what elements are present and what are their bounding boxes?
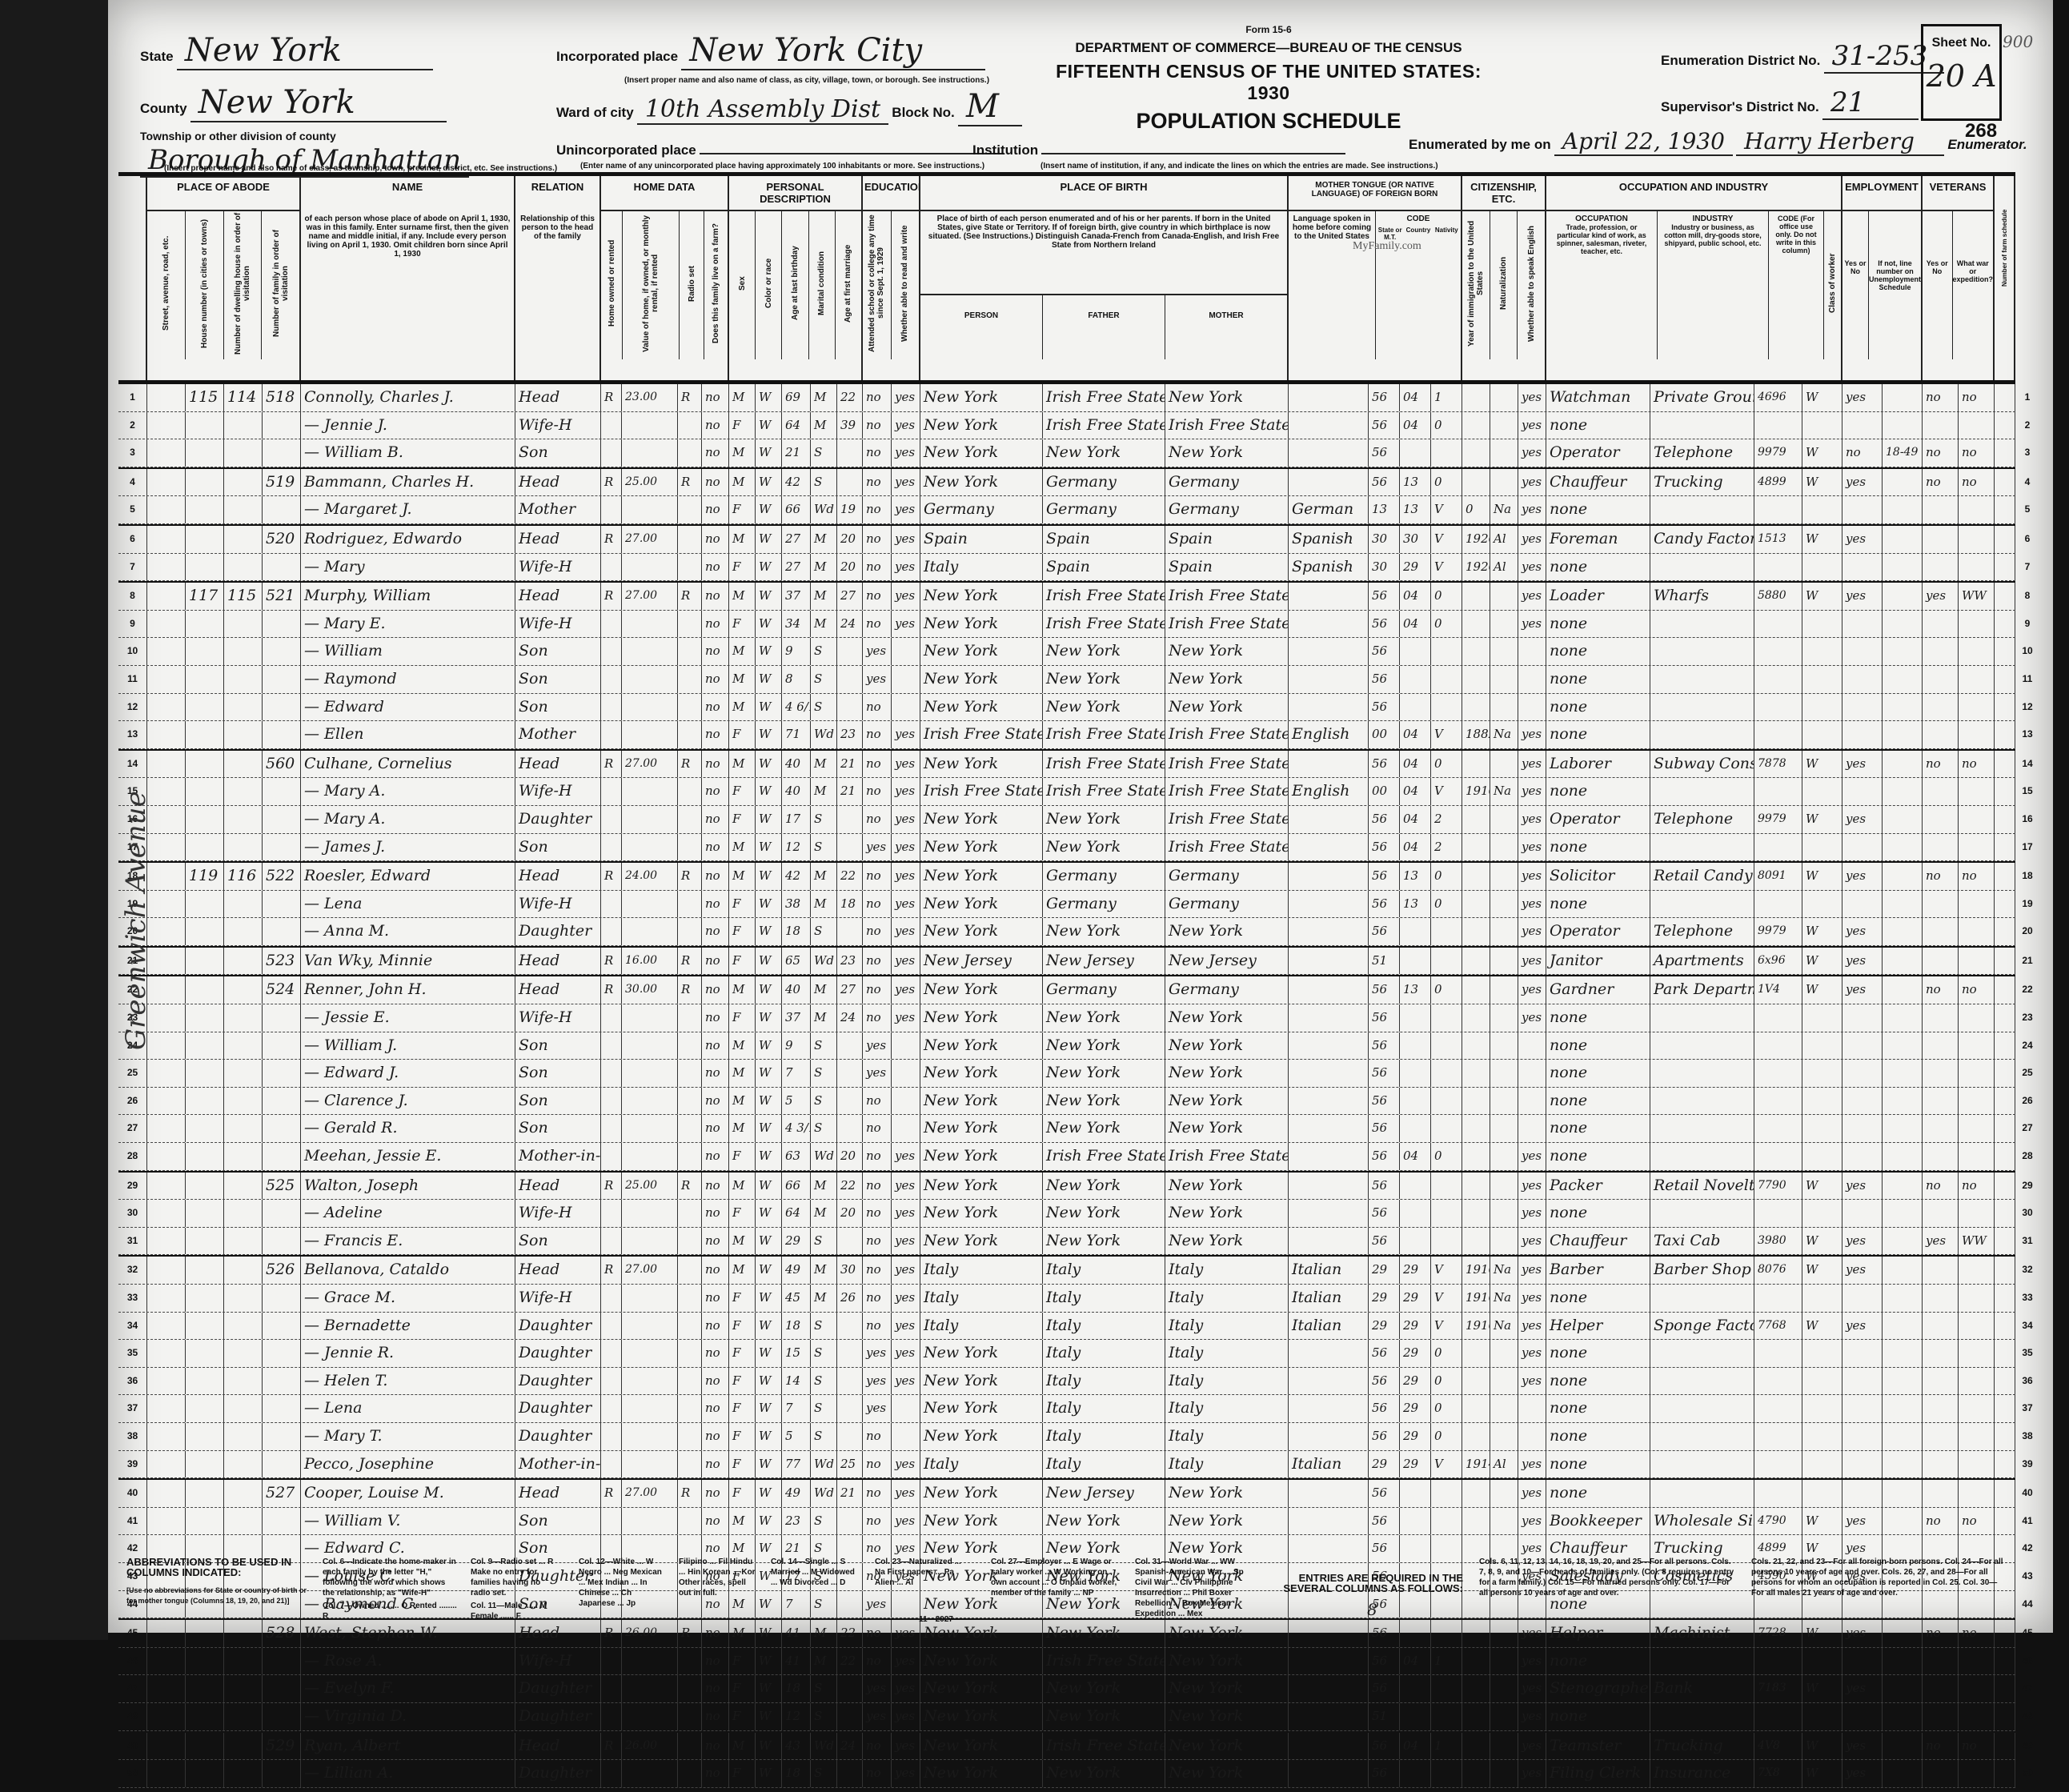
cell-natur: [1490, 1395, 1518, 1422]
cell-age-marr: [837, 1313, 863, 1340]
cell-radio: [678, 638, 702, 665]
cell-marital: S: [811, 1368, 837, 1395]
cell-value: [622, 1508, 678, 1535]
cell-industry: [1650, 611, 1754, 638]
cell-natur: Na: [1490, 496, 1518, 523]
cell-A: 56: [1369, 834, 1400, 861]
cell-immig: 1910: [1462, 778, 1490, 805]
cell-B: 04: [1400, 751, 1431, 778]
cell-tongue: [1289, 1115, 1369, 1142]
cell-age: 7: [782, 1395, 811, 1422]
cell-line-right: 5: [2015, 496, 2039, 523]
cell-vet: [1923, 554, 1959, 581]
cell-name: Bammann, Charles H.: [301, 469, 515, 496]
cell-industry: [1650, 554, 1754, 581]
cell-B: 13: [1400, 976, 1431, 1004]
cell-class: [1802, 1451, 1842, 1478]
cell-mother: New York: [1165, 694, 1289, 721]
cell-owned: R: [601, 469, 622, 496]
cell-mother: New York: [1165, 1060, 1289, 1087]
cell-mother: New York: [1165, 384, 1289, 411]
cell-vet: [1923, 1200, 1959, 1227]
cell-class: [1802, 1423, 1842, 1450]
cell-house: 117: [186, 583, 224, 610]
cell-birth: New York: [920, 1088, 1043, 1115]
cell-street: [147, 1285, 186, 1312]
cell-tongue: [1289, 751, 1369, 778]
cell-farm-sched: [1995, 834, 2015, 861]
cell-line-right: 19: [2015, 891, 2039, 918]
cell-marital: S: [811, 1395, 837, 1422]
enumerated-label: Enumerated by me on: [1409, 137, 1551, 152]
cell-value: [622, 1143, 678, 1170]
cell-war: [1959, 806, 1995, 833]
cell-war: [1959, 778, 1995, 805]
cell-english: yes: [1518, 439, 1546, 467]
cell-english: yes: [1518, 891, 1546, 918]
cell-vet: [1923, 1423, 1959, 1450]
cell-mother: Irish Free State: [1165, 806, 1289, 833]
cell-birth: Italy: [920, 1313, 1043, 1340]
col-group-citizenship: CITIZENSHIP, ETC. Year of immigration to…: [1462, 176, 1546, 380]
cell-owned: [601, 778, 622, 805]
cell-C: [1431, 1173, 1462, 1200]
cell-farm: no: [702, 611, 729, 638]
cell-line-right: 18: [2015, 863, 2039, 890]
cell-code: [1754, 638, 1802, 665]
abbrev-note: [Use no abbreviations for State or count…: [126, 1586, 311, 1606]
cell-family: [263, 611, 301, 638]
cell-name: — Lena: [301, 891, 515, 918]
cell-war: no: [1959, 976, 1995, 1004]
cell-class: [1802, 778, 1842, 805]
cell-radio: [678, 1257, 702, 1284]
cell-street: [147, 1173, 186, 1200]
scan-border-left: [0, 0, 108, 1640]
cell-sex: M: [729, 1257, 756, 1284]
cell-war: [1959, 1115, 1995, 1142]
cell-value: 24.00: [622, 863, 678, 890]
cell-family: [263, 891, 301, 918]
cell-house: [186, 496, 224, 523]
col-group-tongue: MOTHER TONGUE (OR NATIVE LANGUAGE) OF FO…: [1289, 176, 1462, 380]
cell-english: [1518, 694, 1546, 721]
sd-value: 21: [1822, 86, 1919, 120]
cell-B: 04: [1400, 384, 1431, 411]
cell-tongue: [1289, 1340, 1369, 1367]
cell-line: 36: [118, 1368, 147, 1395]
cell-read: [892, 1423, 920, 1450]
sheet-number-box: Sheet No. 20 A: [1921, 24, 2002, 121]
cell-natur: [1490, 1423, 1518, 1450]
cell-radio: [678, 1200, 702, 1227]
cell-relation: Daughter: [515, 1395, 601, 1422]
cell-vet: yes: [1923, 1228, 1959, 1255]
cell-natur: [1490, 439, 1518, 467]
cell-farm: no: [702, 1395, 729, 1422]
cell-class: W: [1802, 1173, 1842, 1200]
cell-father: New York: [1043, 918, 1165, 945]
cell-sex: F: [729, 496, 756, 523]
cell-birth: New York: [920, 638, 1043, 665]
cell-code: [1754, 1480, 1802, 1507]
cell-school: no: [863, 496, 892, 523]
cell-unemp: [1883, 751, 1923, 778]
cell-name: — Helen T.: [301, 1368, 515, 1395]
cell-natur: [1490, 1480, 1518, 1507]
cell-sex: M: [729, 469, 756, 496]
cell-sex: F: [729, 611, 756, 638]
cell-birth: New York: [920, 469, 1043, 496]
cell-farm: no: [702, 1451, 729, 1478]
cell-value: [622, 1340, 678, 1367]
cell-class: [1802, 1285, 1842, 1312]
state-value: New York: [177, 32, 433, 70]
cell-radio: [678, 1423, 702, 1450]
cell-farm-sched: [1995, 1032, 2015, 1060]
cell-english: yes: [1518, 751, 1546, 778]
cell-A: 56: [1369, 1508, 1400, 1535]
cell-C: 0: [1431, 891, 1462, 918]
cell-immig: [1462, 1143, 1490, 1170]
incorporated-note: (Insert proper name and also name of cla…: [624, 76, 989, 85]
cell-industry: Apartments: [1650, 948, 1754, 975]
cell-natur: [1490, 751, 1518, 778]
cell-occupation: none: [1546, 721, 1650, 748]
cell-A: 56: [1369, 976, 1400, 1004]
cell-relation: Wife-H: [515, 778, 601, 805]
cell-occupation: none: [1546, 1480, 1650, 1507]
cell-class: W: [1802, 948, 1842, 975]
cell-relation: Son: [515, 1088, 601, 1115]
cell-value: 27.00: [622, 1480, 678, 1507]
cell-farm-sched: [1995, 412, 2015, 439]
cell-radio: [678, 806, 702, 833]
cell-house: [186, 1340, 224, 1367]
cell-english: [1518, 638, 1546, 665]
cell-C: V: [1431, 1451, 1462, 1478]
cell-mother: New York: [1165, 918, 1289, 945]
cell-sex: M: [729, 976, 756, 1004]
cell-tongue: [1289, 1032, 1369, 1060]
cell-at-work: [1842, 1032, 1883, 1060]
cell-farm-sched: [1995, 1423, 2015, 1450]
cell-school: no: [863, 1508, 892, 1535]
cell-farm-sched: [1995, 751, 2015, 778]
sheet-number: 20 A: [1923, 58, 1999, 94]
cell-code: 1V4: [1754, 976, 1802, 1004]
department: DEPARTMENT OF COMMERCE—BUREAU OF THE CEN…: [1053, 40, 1485, 56]
cell-school: yes: [863, 666, 892, 693]
cell-family: [263, 1508, 301, 1535]
table-row: 29525Walton, JosephHeadR25.00RnoMW66M22n…: [118, 1171, 2015, 1201]
table-row: 6520Rodriguez, EdwardoHeadR27.00noMW27M2…: [118, 524, 2015, 554]
cell-mother: Italy: [1165, 1395, 1289, 1422]
table-row: 33— Grace M.Wife-HnoFW45M26noyesItalyIta…: [118, 1285, 2015, 1313]
cell-farm: no: [702, 1508, 729, 1535]
cell-english: yes: [1518, 1508, 1546, 1535]
cell-family: [263, 778, 301, 805]
cell-B: [1400, 1115, 1431, 1142]
unincorporated-note: (Enter name of any unincorporated place …: [580, 162, 984, 170]
cell-line-right: 36: [2015, 1368, 2039, 1395]
cell-english: yes: [1518, 806, 1546, 833]
cell-farm-sched: [1995, 1508, 2015, 1535]
population-table: PLACE OF ABODE Street, avenue, road, etc…: [118, 172, 2015, 1640]
cell-age-marr: 21: [837, 778, 863, 805]
cell-relation: Head: [515, 1257, 601, 1284]
cell-code: 7790: [1754, 1173, 1802, 1200]
cell-read: yes: [892, 611, 920, 638]
cell-code: [1754, 666, 1802, 693]
cell-line-right: 9: [2015, 611, 2039, 638]
cell-at-work: [1842, 554, 1883, 581]
cell-unemp: [1883, 976, 1923, 1004]
cell-line-right: 7: [2015, 554, 2039, 581]
cell-unemp: [1883, 1368, 1923, 1395]
cell-farm: no: [702, 554, 729, 581]
cell-immig: [1462, 583, 1490, 610]
cell-race: W: [756, 1200, 782, 1227]
cell-line: 1: [118, 384, 147, 411]
cell-vet: [1923, 1285, 1959, 1312]
cell-family: [263, 694, 301, 721]
cell-war: [1959, 694, 1995, 721]
cell-farm: no: [702, 1313, 729, 1340]
cell-age-marr: 20: [837, 1143, 863, 1170]
cell-B: [1400, 1228, 1431, 1255]
cell-mother: Irish Free State: [1165, 721, 1289, 748]
cell-sex: F: [729, 1143, 756, 1170]
enumerated-field: Enumerated by me on April 22, 1930 Harry…: [1409, 128, 2027, 156]
cell-sex: F: [729, 554, 756, 581]
cell-name: — Adeline: [301, 1200, 515, 1227]
cell-unemp: [1883, 694, 1923, 721]
cell-vet: [1923, 721, 1959, 748]
cell-value: [622, 611, 678, 638]
cell-unemp: [1883, 1313, 1923, 1340]
cell-immig: [1462, 1368, 1490, 1395]
cell-sex: F: [729, 721, 756, 748]
cell-natur: [1490, 834, 1518, 861]
cell-street: [147, 1004, 186, 1032]
cell-radio: [678, 1395, 702, 1422]
cell-value: 30.00: [622, 976, 678, 1004]
cell-name: — Edward J.: [301, 1060, 515, 1087]
cell-farm-sched: [1995, 1143, 2015, 1170]
cell-farm-sched: [1995, 1480, 2015, 1507]
table-row: 36— Helen T.DaughternoFW14SyesyesNew Yor…: [118, 1368, 2015, 1396]
cell-relation: Head: [515, 1480, 601, 1507]
cell-line-right: 28: [2015, 1143, 2039, 1170]
cell-read: [892, 638, 920, 665]
cell-school: no: [863, 694, 892, 721]
cell-B: 04: [1400, 778, 1431, 805]
cell-family: [263, 721, 301, 748]
cell-at-work: [1842, 638, 1883, 665]
cell-class: W: [1802, 1228, 1842, 1255]
cell-tongue: [1289, 1060, 1369, 1087]
cell-sex: F: [729, 1423, 756, 1450]
cell-occupation: none: [1546, 1004, 1650, 1032]
cell-war: [1959, 1340, 1995, 1367]
col-group-birth: PLACE OF BIRTH Place of birth of each pe…: [920, 176, 1289, 380]
cell-father: Germany: [1043, 469, 1165, 496]
cell-tongue: Italian: [1289, 1257, 1369, 1284]
cell-dwelling: [224, 918, 263, 945]
cell-B: 13: [1400, 891, 1431, 918]
cell-immig: 1882: [1462, 721, 1490, 748]
cell-read: yes: [892, 834, 920, 861]
cell-radio: [678, 666, 702, 693]
cell-house: [186, 806, 224, 833]
cell-owned: [601, 1508, 622, 1535]
cell-radio: R: [678, 751, 702, 778]
cell-family: 560: [263, 751, 301, 778]
cell-war: [1959, 496, 1995, 523]
cell-natur: [1490, 918, 1518, 945]
table-row: 12— EdwardSonnoMW4 6/12SnoNew YorkNew Yo…: [118, 694, 2015, 722]
cell-mother: Italy: [1165, 1340, 1289, 1367]
cell-mother: Irish Free State: [1165, 583, 1289, 610]
cell-farm: no: [702, 439, 729, 467]
cell-relation: Son: [515, 638, 601, 665]
cell-school: no: [863, 751, 892, 778]
cell-at-work: [1842, 1115, 1883, 1142]
cell-line-right: 39: [2015, 1451, 2039, 1478]
cell-code: [1754, 1032, 1802, 1060]
cell-tongue: [1289, 1368, 1369, 1395]
cell-school: no: [863, 384, 892, 411]
cell-occupation: none: [1546, 1115, 1650, 1142]
cell-value: 16.00: [622, 948, 678, 975]
cell-english: yes: [1518, 1257, 1546, 1284]
cell-sex: M: [729, 583, 756, 610]
table-row: 32526Bellanova, CataldoHeadR27.00noMW49M…: [118, 1255, 2015, 1285]
cell-father: New Jersey: [1043, 1480, 1165, 1507]
table-row: 27— Gerald R.SonnoMW4 3/12SnoNew YorkNew…: [118, 1115, 2015, 1143]
cell-house: [186, 638, 224, 665]
cell-value: [622, 666, 678, 693]
cell-age-marr: [837, 834, 863, 861]
cell-unemp: [1883, 834, 1923, 861]
cell-farm-sched: [1995, 439, 2015, 467]
cell-C: V: [1431, 1313, 1462, 1340]
cell-sex: F: [729, 891, 756, 918]
cell-C: [1431, 638, 1462, 665]
abbrev-col12: Col. 12—White ... W Negro ... Neg Mexica…: [579, 1557, 667, 1609]
cell-radio: [678, 1340, 702, 1367]
cell-father: New York: [1043, 1032, 1165, 1060]
cell-marital: M: [811, 1004, 837, 1032]
cell-family: [263, 439, 301, 467]
cell-radio: [678, 834, 702, 861]
cell-code: [1754, 1368, 1802, 1395]
cell-marital: Wd: [811, 1480, 837, 1507]
table-row: 3— William B.SonnoMW21SnoyesNew YorkNew …: [118, 439, 2015, 467]
cell-race: W: [756, 1032, 782, 1060]
cell-A: 56: [1369, 1423, 1400, 1450]
cell-war: [1959, 412, 1995, 439]
block-label: Block No.: [892, 105, 954, 120]
cell-radio: [678, 1115, 702, 1142]
cell-birth: New York: [920, 1395, 1043, 1422]
abbrev-col14: Col. 14—Single ... S Married ... M Widow…: [771, 1557, 859, 1588]
cell-house: [186, 1395, 224, 1422]
cell-owned: [601, 638, 622, 665]
cell-code: [1754, 1143, 1802, 1170]
cell-industry: Trucking: [1650, 469, 1754, 496]
cell-race: W: [756, 806, 782, 833]
cell-house: [186, 666, 224, 693]
cell-race: W: [756, 751, 782, 778]
cell-immig: [1462, 918, 1490, 945]
cell-war: [1959, 638, 1995, 665]
cell-tongue: [1289, 1004, 1369, 1032]
cell-owned: R: [601, 1173, 622, 1200]
cell-radio: [678, 891, 702, 918]
cell-race: W: [756, 721, 782, 748]
cell-house: [186, 1285, 224, 1312]
cell-line-right: 21: [2015, 948, 2039, 975]
cell-immig: [1462, 638, 1490, 665]
cell-mother: Italy: [1165, 1285, 1289, 1312]
cell-house: [186, 948, 224, 975]
cell-owned: R: [601, 751, 622, 778]
cell-class: [1802, 1480, 1842, 1507]
cell-sex: M: [729, 666, 756, 693]
cell-class: W: [1802, 439, 1842, 467]
cell-race: W: [756, 1451, 782, 1478]
cell-english: yes: [1518, 863, 1546, 890]
cell-read: yes: [892, 1451, 920, 1478]
cell-A: 56: [1369, 1395, 1400, 1422]
cell-farm-sched: [1995, 721, 2015, 748]
cell-class: W: [1802, 976, 1842, 1004]
cell-name: — Grace M.: [301, 1285, 515, 1312]
cell-english: yes: [1518, 1340, 1546, 1367]
cell-tongue: [1289, 1200, 1369, 1227]
cell-vet: [1923, 1313, 1959, 1340]
cell-relation: Wife-H: [515, 554, 601, 581]
cell-value: [622, 778, 678, 805]
cell-house: [186, 834, 224, 861]
cell-read: yes: [892, 384, 920, 411]
cell-house: [186, 1228, 224, 1255]
enumerated-date: April 22, 1930: [1554, 128, 1733, 156]
cell-age: 18: [782, 1313, 811, 1340]
cell-street: [147, 1480, 186, 1507]
cell-marital: Wd: [811, 948, 837, 975]
cell-value: [622, 1423, 678, 1450]
cell-code: 9979: [1754, 806, 1802, 833]
cell-immig: 1920: [1462, 554, 1490, 581]
cell-marital: S: [811, 1032, 837, 1060]
cell-owned: [601, 496, 622, 523]
cell-age-marr: 20: [837, 1200, 863, 1227]
cell-B: [1400, 1480, 1431, 1507]
cell-vet: [1923, 694, 1959, 721]
cell-school: no: [863, 1200, 892, 1227]
cell-class: W: [1802, 918, 1842, 945]
cell-family: [263, 1340, 301, 1367]
cell-family: [263, 666, 301, 693]
cell-school: no: [863, 469, 892, 496]
cell-A: 00: [1369, 721, 1400, 748]
cell-family: [263, 1368, 301, 1395]
cell-line-right: 6: [2015, 526, 2039, 553]
cell-war: no: [1959, 1508, 1995, 1535]
